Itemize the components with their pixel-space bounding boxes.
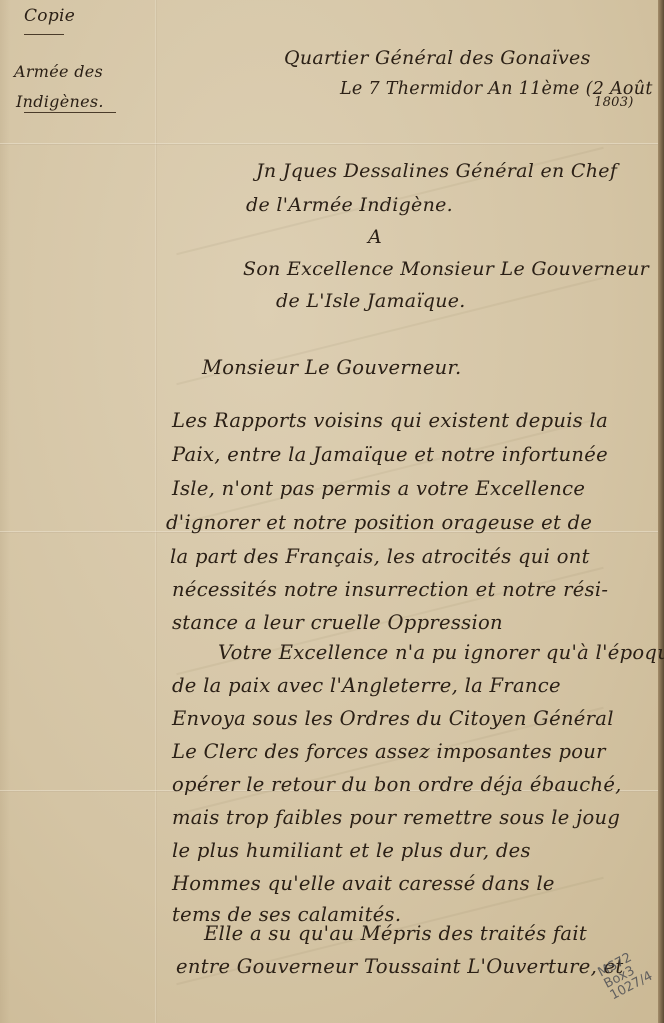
body-line: Paix, entre la Jamaïque et notre infortu…	[172, 443, 608, 466]
recipient-line1: Son Excellence Monsieur Le Gouverneur	[243, 258, 649, 280]
margin-army-line1: Armée des	[14, 62, 103, 81]
margin-copy-label: Copie	[24, 6, 75, 26]
body-line: le plus humiliant et le plus dur, des	[172, 839, 531, 862]
margin-army-line2: Indigènes.	[16, 92, 104, 111]
horizontal-fold-line	[0, 143, 658, 145]
body-line: entre Gouverneur Toussaint L'Ouverture, …	[176, 955, 624, 978]
body-line: Elle a su qu'au Mépris des traités fait	[204, 922, 587, 945]
body-line: Isle, n'ont pas permis a votre Excellenc…	[172, 477, 585, 500]
body-line: d'ignorer et notre position orageuse et …	[166, 511, 592, 534]
sender-line2: de l'Armée Indigène.	[246, 194, 453, 216]
body-line: opérer le retour du bon ordre déja ébauc…	[172, 773, 622, 796]
army-underline	[24, 112, 116, 113]
recipient-line2: de L'Isle Jamaïque.	[276, 290, 466, 312]
paper-right-edge	[658, 0, 664, 1023]
body-line: de la paix avec l'Angleterre, la France	[172, 674, 561, 697]
header-date-year: 1803)	[594, 95, 634, 110]
copy-underline	[24, 34, 64, 35]
body-line: Hommes qu'elle avait caressé dans le	[172, 872, 555, 895]
body-line: la part des Français, les atrocités qui …	[170, 545, 590, 568]
document-page: Copie Armée des Indigènes. Quartier Géné…	[0, 0, 664, 1023]
header-place: Quartier Général des Gonaïves	[284, 47, 591, 69]
vertical-fold-line	[155, 0, 157, 1023]
body-line: Votre Excellence n'a pu ignorer qu'à l'é…	[218, 641, 664, 664]
body-line: nécessités notre insurrection et notre r…	[172, 578, 608, 601]
salutation: Monsieur Le Gouverneur.	[202, 356, 462, 379]
body-line: mais trop faibles pour remettre sous le …	[172, 806, 620, 829]
connector-a: A	[368, 226, 382, 248]
ink-bleed-through	[176, 417, 603, 525]
body-line: stance a leur cruelle Oppression	[172, 611, 503, 634]
sender-line1: Jn Jques Dessalines Général en Chef	[256, 160, 617, 182]
body-line: Envoya sous les Ordres du Citoyen Généra…	[172, 707, 614, 730]
body-line: Les Rapports voisins qui existent depuis…	[172, 409, 608, 432]
body-line: Le Clerc des forces assez imposantes pou…	[172, 740, 606, 763]
